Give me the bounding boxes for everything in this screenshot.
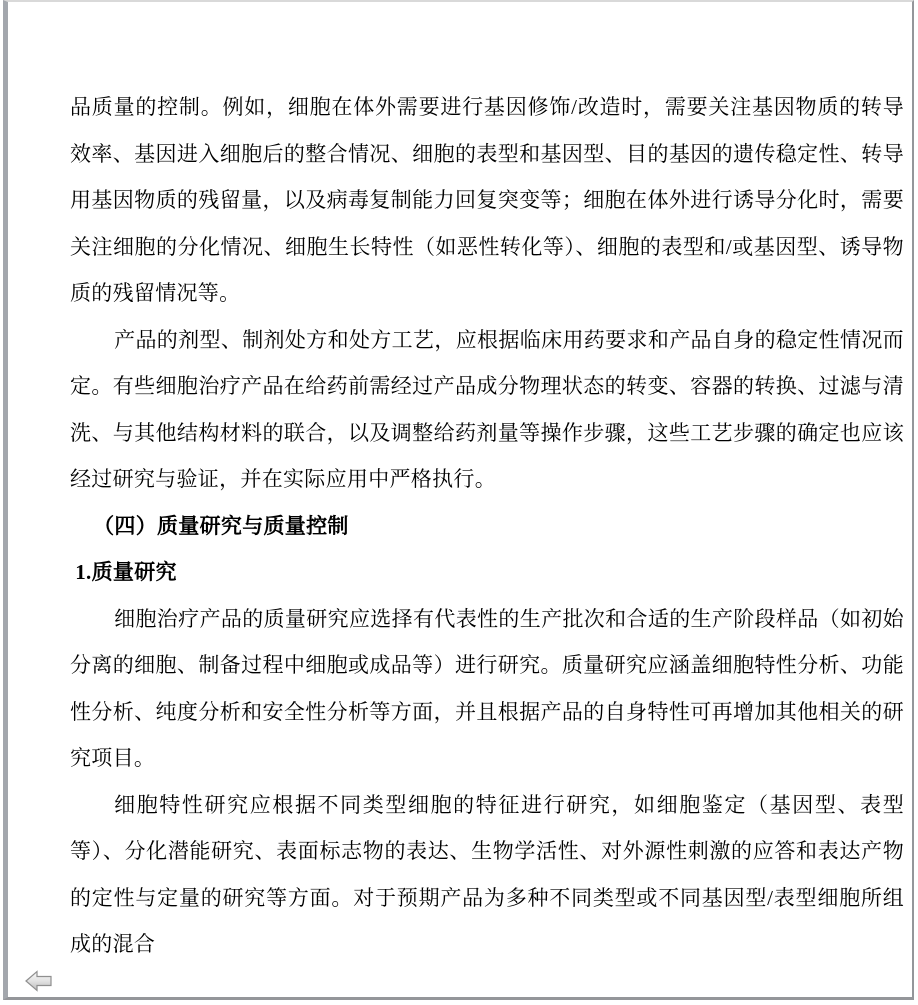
paragraph-continuation: 品质量的控制。例如，细胞在体外需要进行基因修饰/改造时，需要关注基因物质的转导效… <box>70 84 904 317</box>
paragraph-dosage-form: 产品的剂型、制剂处方和处方工艺，应根据临床用药要求和产品自身的稳定性情况而定。有… <box>70 317 904 503</box>
paragraph-quality-research: 细胞治疗产品的质量研究应选择有代表性的生产批次和合适的生产阶段样品（如初始分离的… <box>70 596 904 782</box>
document-content: 品质量的控制。例如，细胞在体外需要进行基因修饰/改造时，需要关注基因物质的转导效… <box>70 84 904 968</box>
section-heading-quality-research-and-control: （四）质量研究与质量控制 <box>70 503 904 550</box>
subsection-heading-quality-research: 1.质量研究 <box>70 549 904 596</box>
document-page: 品质量的控制。例如，细胞在体外需要进行基因修饰/改造时，需要关注基因物质的转导效… <box>3 0 914 1000</box>
back-button[interactable] <box>23 968 55 994</box>
paragraph-cell-characteristics: 细胞特性研究应根据不同类型细胞的特征进行研究，如细胞鉴定（基因型、表型等）、分化… <box>70 782 904 968</box>
left-arrow-icon <box>23 981 55 998</box>
